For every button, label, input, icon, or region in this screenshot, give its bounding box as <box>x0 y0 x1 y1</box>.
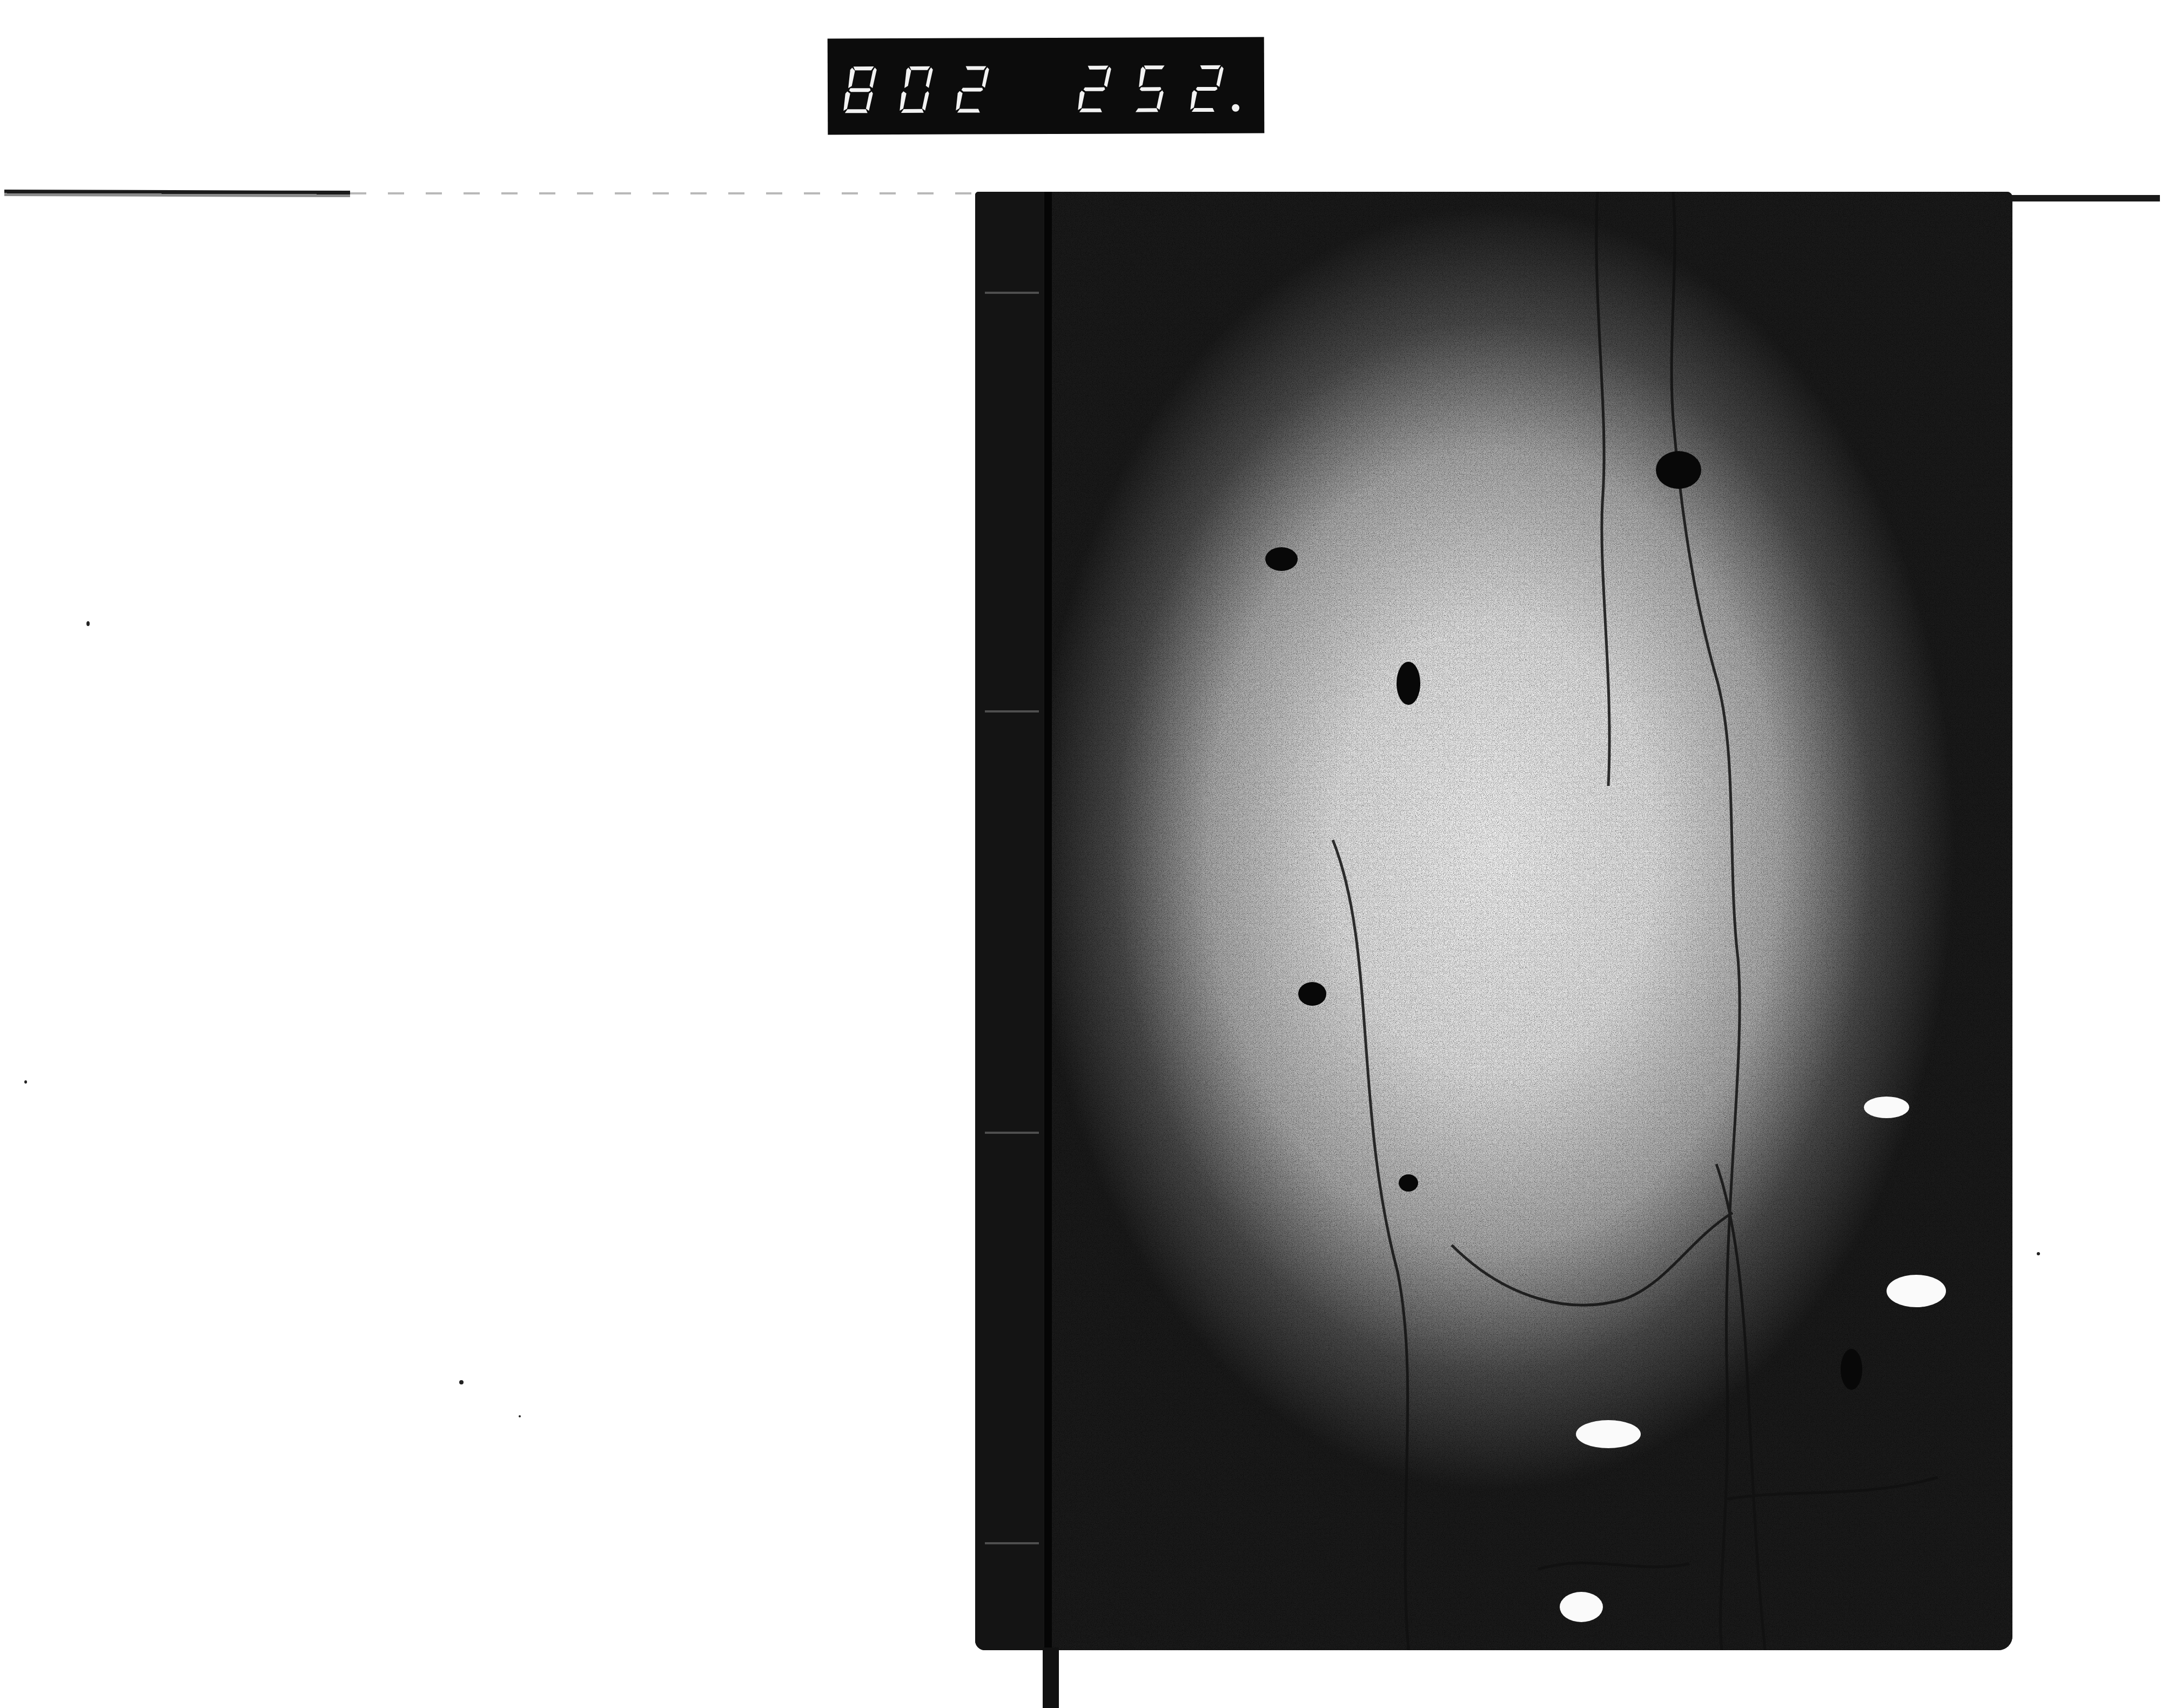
spine-stitch <box>985 1542 1039 1544</box>
speck <box>459 1380 464 1384</box>
seven-segment-digit <box>843 65 878 114</box>
film-edge-rule-left <box>4 190 350 197</box>
frame-counter-label: 802 252. <box>828 37 1265 135</box>
seven-segment-digit <box>1133 64 1169 113</box>
film-edge-rule-right <box>2010 195 2160 201</box>
speck <box>24 1080 27 1084</box>
speck <box>2037 1252 2040 1255</box>
book-spine <box>975 192 1043 1650</box>
seven-segment-digit <box>955 65 991 113</box>
spine-stitch <box>985 1132 1039 1134</box>
frame-number <box>1077 64 1239 113</box>
decimal-point <box>1232 104 1239 112</box>
film-edge-rule-faint <box>350 192 971 194</box>
seven-segment-digit <box>1077 65 1113 113</box>
book-cover-scan <box>975 192 2012 1650</box>
speck <box>519 1415 521 1417</box>
seven-segment-digit <box>1190 64 1225 113</box>
speck <box>86 621 90 626</box>
cover-texture <box>1052 192 2012 1650</box>
spine-stitch <box>985 710 1039 712</box>
reel-number <box>843 65 991 114</box>
binding-thread-tail <box>1043 1648 1059 1708</box>
spine-stitch <box>985 292 1039 294</box>
binding-thread-line <box>1044 192 1052 1650</box>
seven-segment-digit <box>899 65 935 114</box>
cover-panel <box>1052 192 2012 1650</box>
